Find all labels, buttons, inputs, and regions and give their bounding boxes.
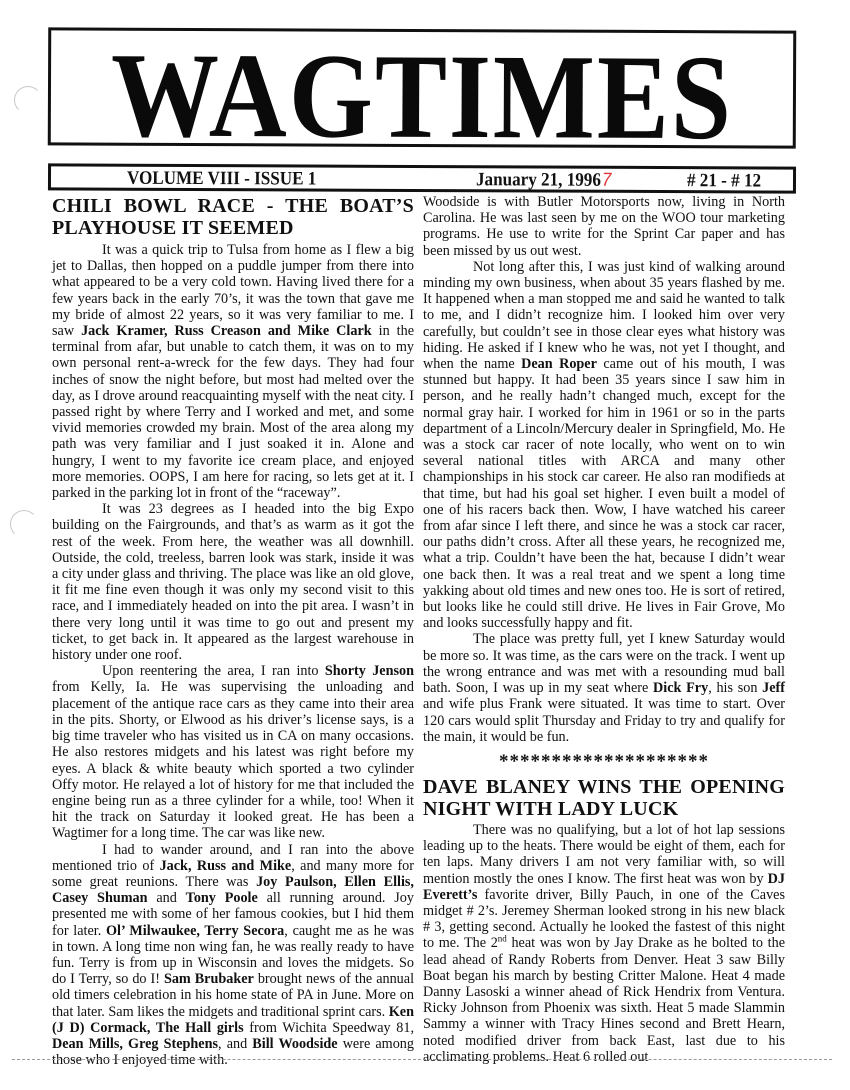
- bold-names: Jack Kramer, Russ Creason and Mike Clark: [81, 323, 372, 339]
- bold-names: Bill Woodside: [252, 1036, 337, 1052]
- article-paragraph: It was a quick trip to Tulsa from home a…: [52, 242, 414, 501]
- scan-hole-mark: [14, 86, 42, 114]
- page-bottom-rule: [12, 1059, 832, 1061]
- bold-names: Dean Mills, Greg Stephens: [52, 1036, 218, 1052]
- article-paragraph: The place was pretty full, yet I knew Sa…: [423, 631, 785, 744]
- article-paragraph: Upon reentering the area, I ran into Sho…: [52, 663, 414, 841]
- issue-numbers: # 21 - # 12: [687, 170, 761, 192]
- section-separator: ********************: [423, 751, 785, 773]
- bold-names: Jeff: [762, 680, 785, 696]
- left-column: CHILI BOWL RACE - THE BOAT’S PLAYHOUSE I…: [52, 196, 414, 1068]
- bold-names: Dean Roper: [521, 356, 597, 372]
- issue-date: January 21, 19967: [476, 169, 611, 192]
- bold-names: Sam Brubaker: [164, 971, 254, 987]
- article-paragraph: I had to wander around, and I ran into t…: [52, 842, 414, 1069]
- volume-issue: VOLUME VIII - ISSUE 1: [127, 168, 316, 191]
- article-paragraph: Woodside is with Butler Motorsports now,…: [423, 194, 785, 259]
- bold-names: Tony Poole: [186, 890, 258, 906]
- issue-date-text: January 21, 1996: [476, 169, 601, 191]
- bold-names: Dick Fry: [653, 680, 708, 696]
- article-paragraph: Not long after this, I was just kind of …: [423, 259, 785, 632]
- article-headline-dave-blaney-line2: NIGHT WITH LADY LUCK: [423, 799, 785, 819]
- bold-names: Shorty Jenson: [325, 663, 414, 679]
- article-headline-chili-bowl-line2: PLAYHOUSE IT SEEMED: [52, 218, 414, 238]
- bold-names: Ol’ Milwaukee, Terry Secora: [106, 923, 284, 939]
- article-paragraph: There was no qualifying, but a lot of ho…: [423, 822, 785, 1065]
- newsletter-title: WAGTIMES: [51, 34, 794, 160]
- issue-info-bar: VOLUME VIII - ISSUE 1 January 21, 19967 …: [48, 163, 796, 193]
- scan-hole-mark: [10, 510, 38, 538]
- bold-names: Jack, Russ and Mike: [160, 858, 292, 874]
- right-column: Woodside is with Butler Motorsports now,…: [423, 194, 785, 1065]
- handwritten-correction: 7: [602, 170, 612, 191]
- masthead: WAGTIMES: [48, 27, 797, 148]
- article-headline-chili-bowl: CHILI BOWL RACE - THE BOAT’S: [52, 196, 414, 216]
- article-headline-dave-blaney: DAVE BLANEY WINS THE OPENING: [423, 777, 785, 797]
- article-paragraph: It was 23 degrees as I headed into the b…: [52, 501, 414, 663]
